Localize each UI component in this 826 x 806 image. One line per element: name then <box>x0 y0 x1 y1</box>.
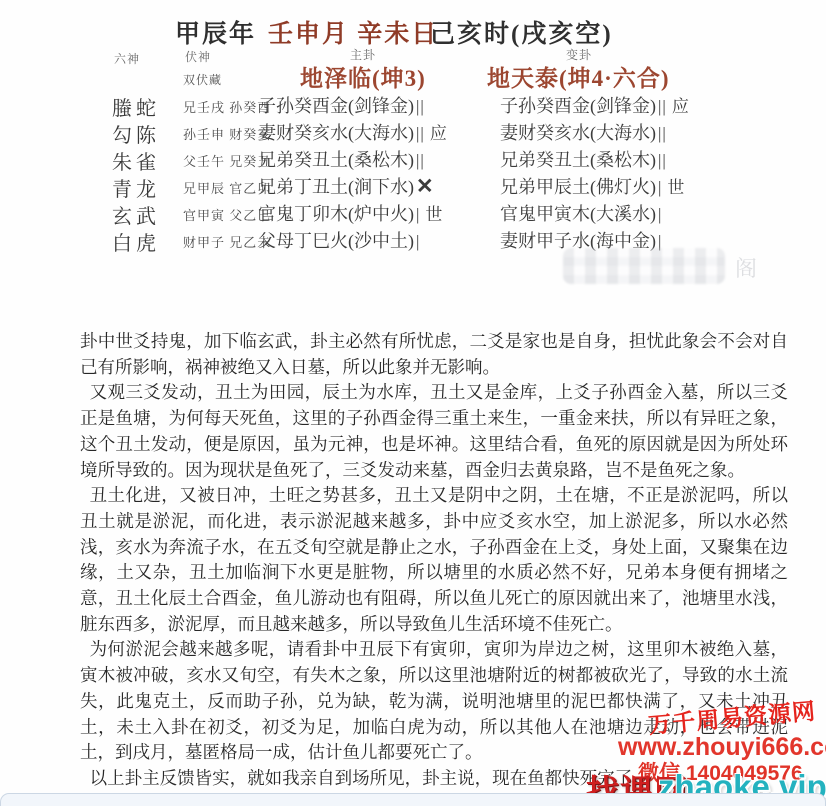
main-line-text: 兄弟癸丑土(桑松木)|| <box>258 146 430 172</box>
shi-tag: 世 <box>420 205 442 224</box>
yin-line-mark: || <box>656 124 667 143</box>
shi-ying-tag <box>667 151 672 170</box>
shi-ying-tag <box>434 178 439 197</box>
shi-tag: 世 <box>662 178 684 197</box>
changed-line-label: 兄弟甲辰土(佛灯火) <box>500 177 656 197</box>
changed-hexagram-name: 地天泰(坤4·六合) <box>487 60 670 93</box>
shi-ying-tag <box>667 124 672 143</box>
changed-line-label: 兄弟癸丑土(桑松木) <box>500 150 656 170</box>
changed-line-text: 妻财癸亥水(大海水)|| <box>500 119 672 145</box>
ying-tag: 应 <box>425 124 447 143</box>
main-line-text: 官鬼丁卯木(炉中火)|世 <box>258 200 442 226</box>
yin-line-mark: || <box>656 97 667 116</box>
changed-line-label: 子孙癸酉金(剑锋金) <box>500 96 656 116</box>
month-day-pillars: 壬申月 辛未日 <box>268 14 438 50</box>
document-page: 甲辰年 壬申月 辛未日 己亥时(戌亥空) 六神 伏神 主卦 变卦 双伏藏 地泽临… <box>0 0 826 806</box>
changed-line-label: 官鬼甲寅木(大溪水) <box>500 204 656 224</box>
liushen-name: 朱雀 <box>112 146 160 175</box>
hexagram-row-5: 勾陈 孙壬申 财癸亥 妻财癸亥水(大海水)||应 妻财癸亥水(大海水)|| <box>0 119 826 146</box>
main-line-text: 父母丁巳火(沙中土)| <box>258 227 425 253</box>
liushen-name: 玄武 <box>112 200 160 229</box>
shi-ying-tag <box>420 232 425 251</box>
liushen-name: 青龙 <box>112 173 160 202</box>
shi-ying-tag <box>662 205 667 224</box>
yin-line-mark: || <box>414 97 425 116</box>
hexagram-row-2: 玄武 官甲寅 父乙巳 官鬼丁卯木(炉中火)|世 官鬼甲寅木(大溪水)| <box>0 200 826 227</box>
yin-line-mark: || <box>414 151 425 170</box>
main-line-text: 兄弟丁丑土(涧下水)✕ <box>258 173 439 199</box>
changed-line-text: 兄弟甲辰土(佛灯火)|世 <box>500 173 684 199</box>
column-header-liushen: 六神 <box>114 50 140 67</box>
shi-ying-tag <box>425 151 430 170</box>
main-line-label: 父母丁巳火(沙中土) <box>258 231 414 251</box>
shi-ying-tag: 应 <box>667 97 689 116</box>
main-line-label: 官鬼丁卯木(炉中火) <box>258 204 414 224</box>
main-line-text: 子孙癸酉金(剑锋金)|| <box>258 92 430 118</box>
shi-ying-tag <box>425 97 430 116</box>
main-hexagram-name: 地泽临(坤3) <box>300 60 426 93</box>
changed-line-text: 子孙癸酉金(剑锋金)||应 <box>500 92 689 118</box>
paragraph-1: 卦中世爻持鬼，加下临玄武，卦主必然有所忧虑，二爻是家也是自身，担忧此象会不会对自… <box>80 329 788 380</box>
main-line-text: 妻财癸亥水(大海水)||应 <box>258 119 447 145</box>
changed-line-text: 官鬼甲寅木(大溪水)| <box>500 200 667 226</box>
hour-pillar: 己亥时(戌亥空) <box>430 14 613 50</box>
moving-line-mark: ✕ <box>414 174 434 198</box>
liushen-name: 螣蛇 <box>112 92 160 121</box>
liushen-name: 白虎 <box>112 227 160 256</box>
main-line-label: 子孙癸酉金(剑锋金) <box>258 96 414 116</box>
date-line: 甲辰年 壬申月 辛未日 己亥时(戌亥空) <box>0 14 826 44</box>
main-line-label: 兄弟癸丑土(桑松木) <box>258 150 414 170</box>
bottom-window-strip <box>0 793 826 806</box>
changed-line-text: 兄弟癸丑土(桑松木)|| <box>500 146 672 172</box>
yin-line-mark: || <box>656 151 667 170</box>
main-line-label: 兄弟丁丑土(涧下水) <box>258 177 414 197</box>
hexagram-chart: 甲辰年 壬申月 辛未日 己亥时(戌亥空) 六神 伏神 主卦 变卦 双伏藏 地泽临… <box>0 0 826 300</box>
hexagram-row-6: 螣蛇 兄壬戌 孙癸酉 子孙癸酉金(剑锋金)|| 子孙癸酉金(剑锋金)||应 <box>0 92 826 119</box>
faint-seal-glyph: 阁 <box>735 252 757 283</box>
year-pillar: 甲辰年 <box>175 14 256 50</box>
hexagram-row-3: 青龙 兄甲辰 官乙卯 兄弟丁丑土(涧下水)✕ 兄弟甲辰土(佛灯火)|世 <box>0 173 826 200</box>
hexagram-row-4: 朱雀 父壬午 兄癸丑 兄弟癸丑土(桑松木)|| 兄弟癸丑土(桑松木)|| <box>0 146 826 173</box>
paragraph-3: 丑土化进，又被日冲，土旺之势甚多，丑土又是阴中之阴，土在塘，不正是淤泥吗，所以丑… <box>80 483 788 637</box>
hexagram-rows: 螣蛇 兄壬戌 孙癸酉 子孙癸酉金(剑锋金)|| 子孙癸酉金(剑锋金)||应 勾陈… <box>0 92 826 254</box>
censored-watermark-mosaic <box>563 248 725 284</box>
main-line-label: 妻财癸亥水(大海水) <box>258 123 414 143</box>
double-hidden-note: 双伏藏 <box>183 71 222 88</box>
paragraph-2: 又观三爻发动，丑土为田园，辰土为水库，丑土又是金库，上爻子孙酉金入墓，所以三爻正… <box>80 380 788 483</box>
changed-line-label: 妻财癸亥水(大海水) <box>500 123 656 143</box>
column-header-fushen: 伏神 <box>185 48 211 65</box>
liushen-name: 勾陈 <box>112 119 160 148</box>
yin-line-mark: || <box>414 124 425 143</box>
